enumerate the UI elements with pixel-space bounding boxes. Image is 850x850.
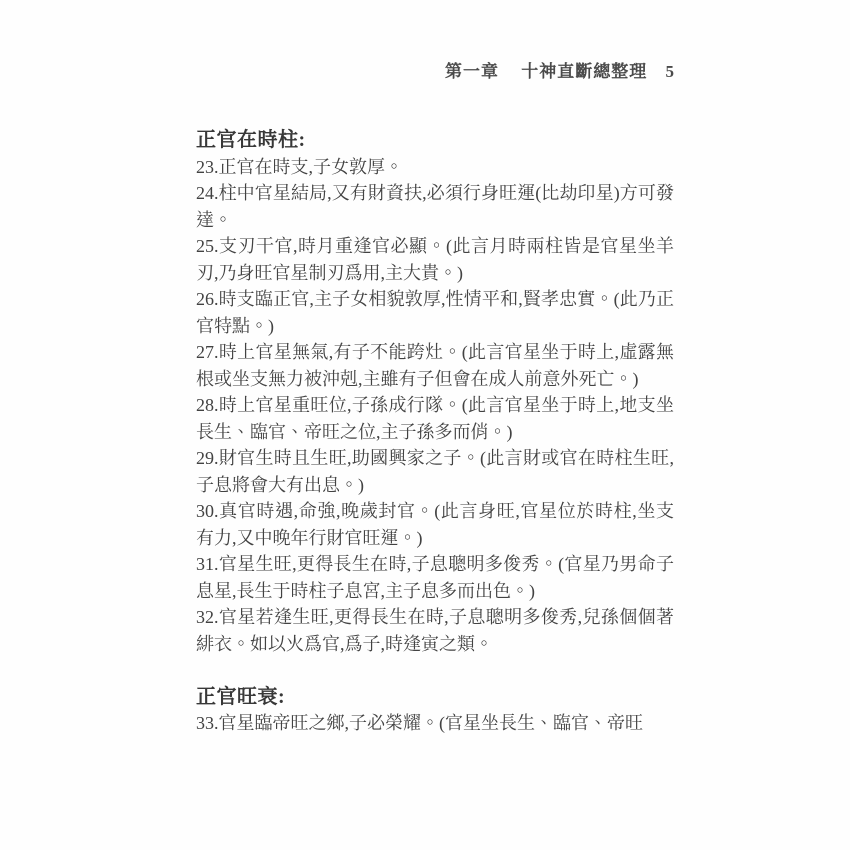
item-number: 28. <box>196 395 219 415</box>
list-item-33: 33.官星臨帝旺之鄉,子必榮耀。(官星坐長生、臨官、帝旺 <box>196 710 674 737</box>
item-text: 時上官星重旺位,子孫成行隊。(此言官星坐于時上,地支坐長生、臨官、帝旺之位,主子… <box>196 395 674 442</box>
running-header: 第一章 十神直斷總整理 5 <box>196 57 674 82</box>
item-number: 32. <box>196 607 219 627</box>
item-text: 時支臨正官,主子女相貌敦厚,性情平和,賢孝忠實。(此乃正官特點。) <box>196 289 674 336</box>
item-text: 支刃干官,時月重逢官必顯。(此言月時兩柱皆是官星坐羊刃,乃身旺官星制刃爲用,主大… <box>196 236 674 283</box>
item-number: 23. <box>196 157 219 177</box>
page-number: 5 <box>666 62 675 81</box>
page-content: 正官在時柱: 23.正官在時支,子女敦厚。 24.柱中官星結局,又有財資扶,必須… <box>196 127 674 737</box>
section-zhengguan-shizhu: 正官在時柱: 23.正官在時支,子女敦厚。 24.柱中官星結局,又有財資扶,必須… <box>196 127 674 657</box>
list-item-30: 30.真官時遇,命強,晚歲封官。(此言身旺,官星位於時柱,坐支有力,又中晚年行財… <box>196 498 674 551</box>
list-item-27: 27.時上官星無氣,有子不能跨灶。(此言官星坐于時上,虛露無根或坐支無力被沖剋,… <box>196 339 674 392</box>
item-number: 29. <box>196 448 219 468</box>
item-text: 時上官星無氣,有子不能跨灶。(此言官星坐于時上,虛露無根或坐支無力被沖剋,主雖有… <box>196 342 674 389</box>
chapter-title: 十神直斷總整理 <box>521 62 647 81</box>
item-number: 30. <box>196 501 219 521</box>
list-item-31: 31.官星生旺,更得長生在時,子息聰明多俊秀。(官星乃男命子息星,長生于時柱子息… <box>196 551 674 604</box>
item-number: 31. <box>196 554 219 574</box>
item-text: 官星臨帝旺之鄉,子必榮耀。(官星坐長生、臨官、帝旺 <box>219 713 644 733</box>
list-item-25: 25.支刃干官,時月重逢官必顯。(此言月時兩柱皆是官星坐羊刃,乃身旺官星制刃爲用… <box>196 233 674 286</box>
item-number: 26. <box>196 289 219 309</box>
list-item-24: 24.柱中官星結局,又有財資扶,必須行身旺運(比劫印星)方可發達。 <box>196 180 674 233</box>
chapter-label: 第一章 <box>445 62 499 81</box>
item-text: 財官生時且生旺,助國興家之子。(此言財或官在時柱生旺,子息將會大有出息。) <box>196 448 674 495</box>
list-item-29: 29.財官生時且生旺,助國興家之子。(此言財或官在時柱生旺,子息將會大有出息。) <box>196 445 674 498</box>
item-text: 真官時遇,命強,晚歲封官。(此言身旺,官星位於時柱,坐支有力,又中晚年行財官旺運… <box>196 501 674 548</box>
list-item-23: 23.正官在時支,子女敦厚。 <box>196 154 674 181</box>
item-text: 官星生旺,更得長生在時,子息聰明多俊秀。(官星乃男命子息星,長生于時柱子息宮,主… <box>196 554 674 601</box>
item-number: 27. <box>196 342 219 362</box>
book-page: 第一章 十神直斷總整理 5 正官在時柱: 23.正官在時支,子女敦厚。 24.柱… <box>0 0 850 850</box>
section-zhengguan-wangshuai: 正官旺衰: 33.官星臨帝旺之鄉,子必榮耀。(官星坐長生、臨官、帝旺 <box>196 684 674 737</box>
list-item-28: 28.時上官星重旺位,子孫成行隊。(此言官星坐于時上,地支坐長生、臨官、帝旺之位… <box>196 392 674 445</box>
section-heading: 正官旺衰: <box>196 684 674 711</box>
list-item-26: 26.時支臨正官,主子女相貌敦厚,性情平和,賢孝忠實。(此乃正官特點。) <box>196 286 674 339</box>
item-number: 33. <box>196 713 219 733</box>
item-text: 官星若逢生旺,更得長生在時,子息聰明多俊秀,兒孫個個著緋衣。如以火爲官,爲子,時… <box>196 607 674 654</box>
section-heading: 正官在時柱: <box>196 127 674 154</box>
item-number: 25. <box>196 236 219 256</box>
item-text: 柱中官星結局,又有財資扶,必須行身旺運(比劫印星)方可發達。 <box>196 183 674 230</box>
item-number: 24. <box>196 183 219 203</box>
item-text: 正官在時支,子女敦厚。 <box>219 157 404 177</box>
list-item-32: 32.官星若逢生旺,更得長生在時,子息聰明多俊秀,兒孫個個著緋衣。如以火爲官,爲… <box>196 604 674 657</box>
